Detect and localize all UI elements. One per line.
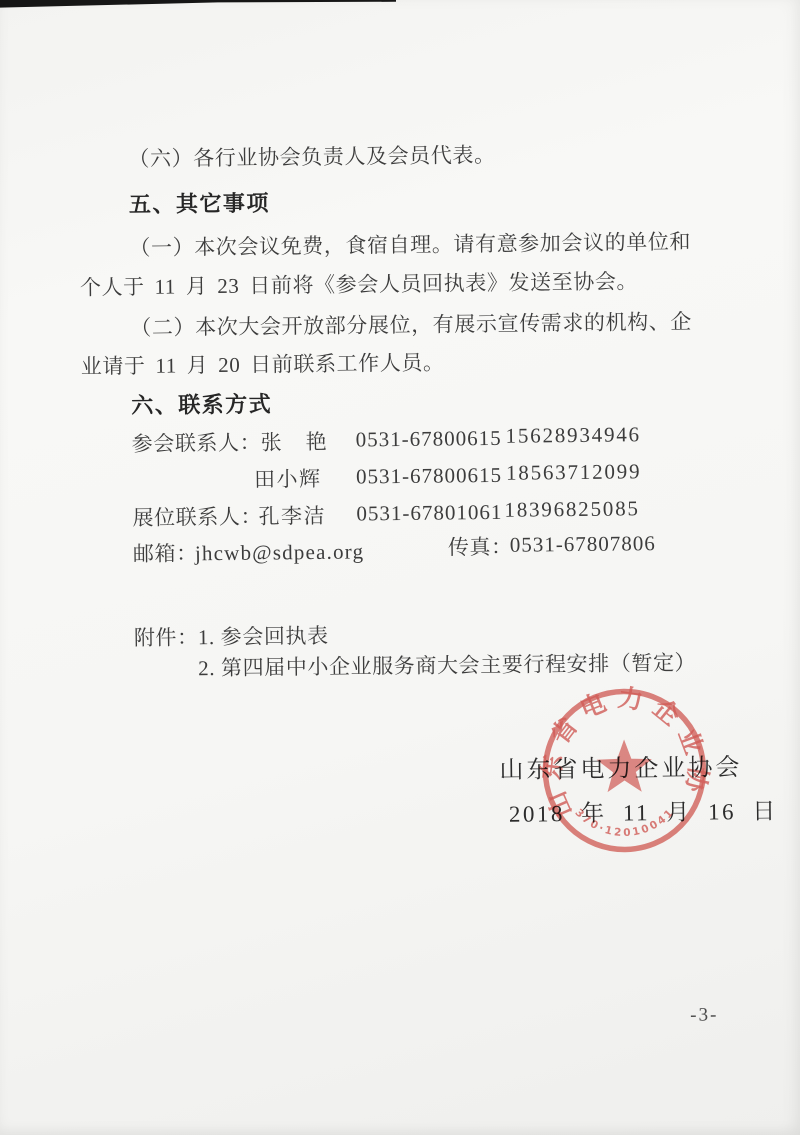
contact-name: 田小辉: [254, 466, 322, 493]
contact-mobile: 18563712099: [506, 458, 642, 486]
attachment-item: 1. 参会回执表: [198, 623, 329, 651]
paragraph-line: 个人于 11 月 23 日前将《参会人员回执表》发送至协会。: [80, 268, 638, 301]
contact-mobile: 18396825085: [504, 495, 640, 523]
document-page: （六）各行业协会负责人及会员代表。 五、其它事项 （一）本次会议免费，食宿自理。…: [0, 0, 800, 1135]
section-six-title: 六、联系方式: [131, 390, 272, 419]
contact-label: 展位联系人：: [132, 504, 262, 532]
email-value: jhcwb@sdpea.org: [195, 538, 365, 566]
paragraph-line: （一）本次会议免费，食宿自理。请有意参加会议的单位和: [129, 229, 691, 262]
seal-star-icon: [596, 739, 652, 792]
paragraph-line: （二）本次大会开放部分展位，有展示宣传需求的机构、企: [130, 309, 692, 342]
contact-mobile: 15628934946: [505, 421, 641, 449]
contact-name: 孔李洁: [258, 503, 326, 530]
page-number: -3-: [690, 1003, 718, 1027]
seal-serial: 370·12010041: [572, 806, 677, 840]
official-seal-stamp: 山东省电力企业协会 370·12010041: [528, 674, 720, 866]
contact-phone: 0531-67800615: [355, 425, 501, 453]
attachments-label: 附件：: [134, 624, 199, 651]
section-five-title: 五、其它事项: [129, 189, 270, 218]
contact-label: 参会联系人：: [132, 430, 262, 458]
contact-name: 张 艳: [261, 429, 329, 456]
seal-arc-text: 山东省电力企业协会: [528, 674, 712, 821]
fax-label: 传真：: [448, 534, 513, 561]
contact-phone: 0531-67800615: [356, 462, 502, 490]
paragraph-line: 业请于 11 月 20 日前联系工作人员。: [81, 349, 445, 379]
clause-line-six: （六）各行业协会负责人及会员代表。: [128, 142, 495, 172]
document-content: （六）各行业协会负责人及会员代表。 五、其它事项 （一）本次会议免费，食宿自理。…: [0, 0, 800, 1135]
fax-value: 0531-67807806: [510, 530, 656, 558]
email-label: 邮箱：: [133, 540, 198, 567]
contact-phone: 0531-67801061: [356, 499, 502, 527]
